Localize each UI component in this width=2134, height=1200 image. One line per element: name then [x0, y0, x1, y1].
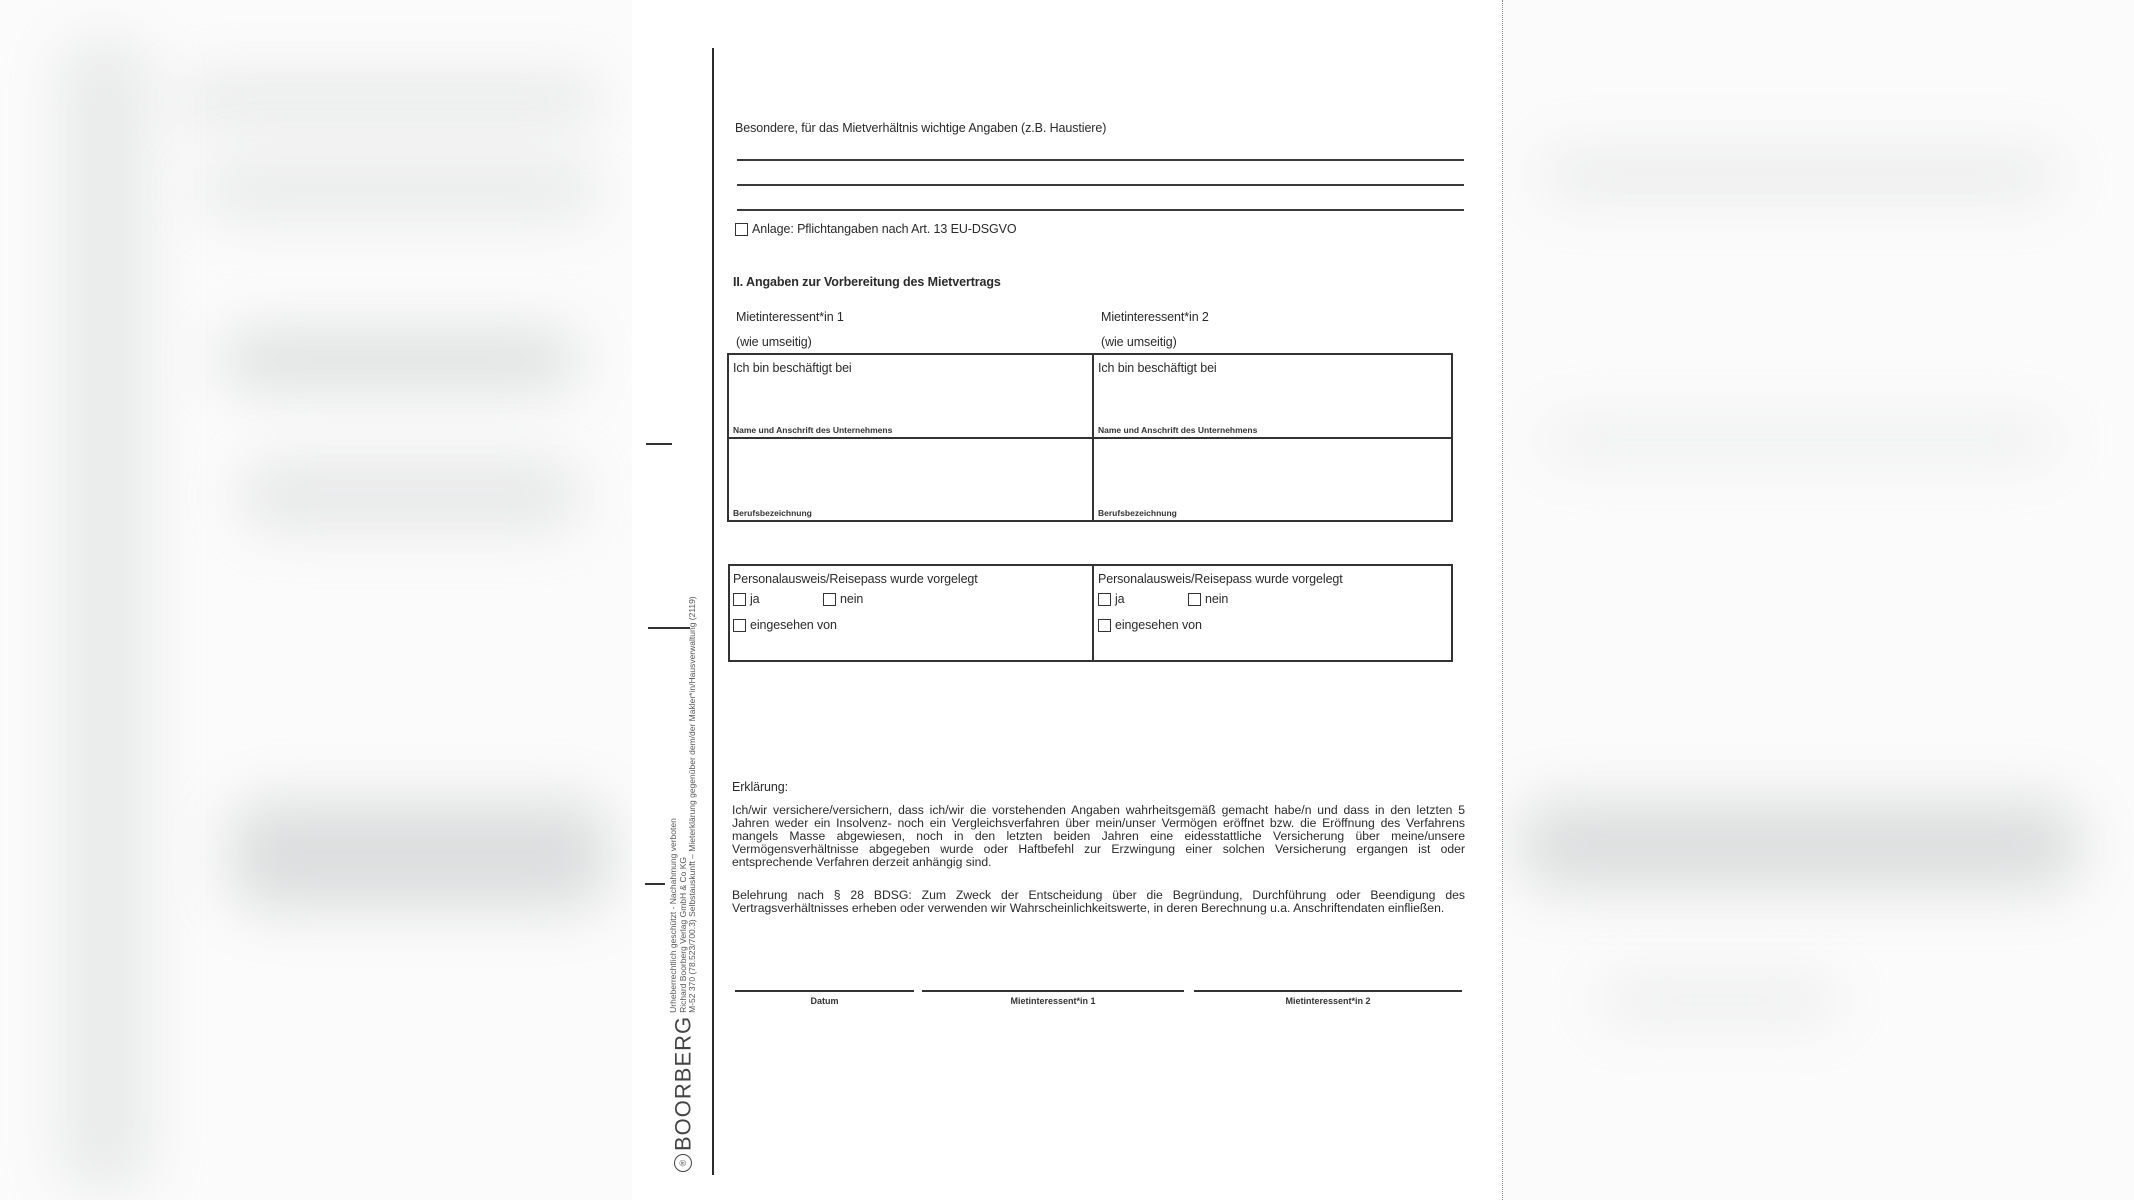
occupation-caption-1: Berufsbezeichnung [733, 508, 812, 518]
special-notes-label: Besondere, für das Mietverhältnis wichti… [735, 121, 1106, 135]
row-divider [729, 437, 1451, 439]
id-no-2: nein [1188, 592, 1228, 606]
occupation-caption-2: Berufsbezeichnung [1098, 508, 1177, 518]
applicant-1-signature-line[interactable] [922, 990, 1184, 992]
attachment-row: Anlage: Pflichtangaben nach Art. 13 EU-D… [735, 222, 1017, 236]
data-protection-notice: Belehrung nach § 28 BDSG: Zum Zweck der … [732, 889, 1465, 915]
applicant-2-title: Mietinteressent*in 2 [1101, 310, 1209, 324]
declaration-text: Ich/wir versichere/versichern, dass ich/… [732, 804, 1465, 869]
applicant-1-title: Mietinteressent*in 1 [736, 310, 844, 324]
applicant-2-signature-line[interactable] [1194, 990, 1462, 992]
attachment-checkbox[interactable] [735, 223, 748, 236]
publisher-imprint: ®BOORBERG Urheberrechtlich geschützt - N… [669, 596, 698, 1172]
date-label: Datum [735, 996, 914, 1006]
declaration-heading: Erklärung: [732, 780, 788, 794]
boorberg-logo-icon: ® [674, 1154, 692, 1172]
fold-mark [646, 443, 672, 445]
id-yes-1: ja [733, 592, 760, 606]
margin-rule [712, 48, 714, 1175]
id-yes-2: ja [1098, 592, 1125, 606]
attachment-label: Anlage: Pflichtangaben nach Art. 13 EU-D… [752, 222, 1017, 236]
brand-name: BOORBERG [670, 1016, 695, 1151]
special-notes-line-2[interactable] [737, 184, 1464, 186]
id-check-label-2: Personalausweis/Reisepass wurde vorgeleg… [1098, 572, 1343, 586]
id-no-1: nein [823, 592, 863, 606]
applicant-1-signature-label: Mietinteressent*in 1 [922, 996, 1184, 1006]
form-id-line: M-52 370 (78.523/700.3) Selbstauskunft –… [687, 596, 697, 1013]
employed-label-2: Ich bin beschäftigt bei [1098, 361, 1217, 375]
special-notes-line-3[interactable] [737, 209, 1464, 211]
occupation-field-1[interactable] [731, 441, 1090, 499]
employed-label-1: Ich bin beschäftigt bei [733, 361, 852, 375]
id-seen-2: eingesehen von [1098, 618, 1202, 632]
applicant-1-subtitle: (wie umseitig) [736, 335, 812, 349]
id-no-checkbox-1[interactable] [823, 593, 836, 606]
employer-caption-2: Name und Anschrift des Unternehmens [1098, 425, 1257, 435]
occupation-field-2[interactable] [1096, 441, 1451, 499]
date-signature-line[interactable] [735, 990, 914, 992]
id-seen-1: eingesehen von [733, 618, 837, 632]
publisher-line: Richard Boorberg Verlag GmbH & Co KG [678, 857, 688, 1013]
id-no-checkbox-2[interactable] [1188, 593, 1201, 606]
document-page: Besondere, für das Mietverhältnis wichti… [632, 0, 1503, 1200]
id-yes-checkbox-2[interactable] [1098, 593, 1111, 606]
fold-mark [645, 883, 665, 885]
applicant-2-subtitle: (wie umseitig) [1101, 335, 1177, 349]
employer-caption-1: Name und Anschrift des Unternehmens [733, 425, 892, 435]
id-yes-checkbox-1[interactable] [733, 593, 746, 606]
column-divider [1092, 566, 1094, 660]
id-check-table: Personalausweis/Reisepass wurde vorgeleg… [728, 564, 1453, 662]
id-seen-checkbox-1[interactable] [733, 619, 746, 632]
employment-table: Ich bin beschäftigt bei Name und Anschri… [727, 353, 1453, 522]
employer-field-1[interactable] [731, 377, 1090, 421]
section-heading: II. Angaben zur Vorbereitung des Mietver… [733, 275, 1001, 289]
copyright-line: Urheberrechtlich geschützt - Nachahmung … [668, 818, 678, 1013]
special-notes-line-1[interactable] [737, 159, 1464, 161]
employer-field-2[interactable] [1096, 377, 1451, 421]
id-seen-checkbox-2[interactable] [1098, 619, 1111, 632]
applicant-2-signature-label: Mietinteressent*in 2 [1194, 996, 1462, 1006]
id-check-label-1: Personalausweis/Reisepass wurde vorgeleg… [733, 572, 978, 586]
